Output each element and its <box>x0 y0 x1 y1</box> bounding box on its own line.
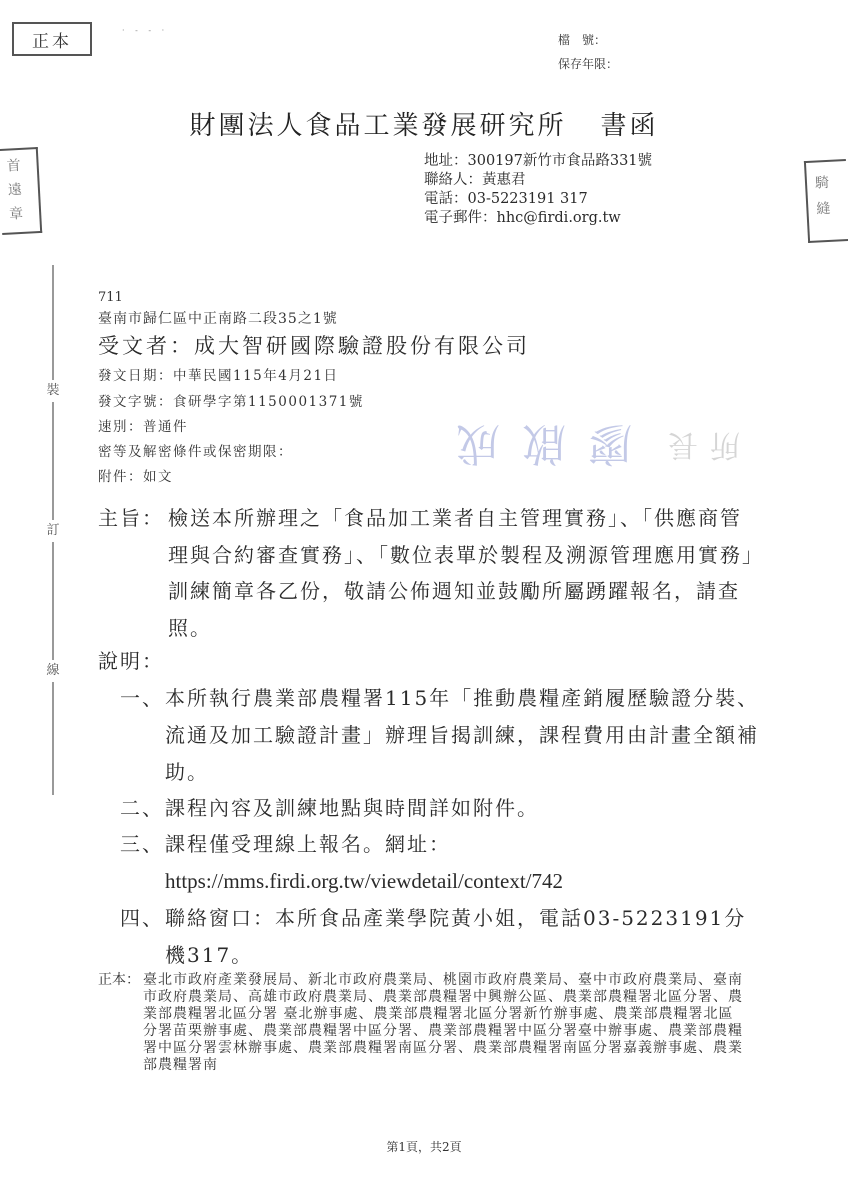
explanation-item-3: 三、 課程僅受理線上報名。網址： https://mms.firdi.org.t… <box>120 826 760 900</box>
retention-label: 保存年限： <box>558 52 622 76</box>
item-text: 課程僅受理線上報名。網址： <box>165 826 760 863</box>
sender-address: 地址：300197新竹市食品路331號 <box>424 152 652 171</box>
sender-email: 電子郵件：hhc@firdi.org.tw <box>424 209 652 228</box>
sender-phone: 電話：03-5223191 317 <box>424 190 652 209</box>
attachment: 附件：如文 <box>98 465 173 485</box>
sender-info: 地址：300197新竹市食品路331號 聯絡人：黃惠君 電話：03-522319… <box>424 152 652 228</box>
scan-artifact: · - - · <box>122 26 168 35</box>
confidentiality: 密等及解密條件或保密期限： <box>98 440 293 460</box>
item-text: 課程內容及訓練地點與時間詳如附件。 <box>165 790 760 827</box>
issue-date: 發文日期：中華民國115年4月21日 <box>98 364 339 384</box>
sender-contact: 聯絡人：黃惠君 <box>424 171 652 190</box>
copy-type-label: 正本 <box>32 27 72 52</box>
subject-text: 檢送本所辦理之「食品加工業者自主管理實務」、「供應商管理與合約審查實務」、「數位… <box>168 500 758 646</box>
recipient-zip: 711 <box>98 290 123 305</box>
explanation-item-4: 四、 聯絡窗口：本所食品產業學院黃小姐，電話03-5223191分機317。 <box>120 900 760 974</box>
right-stamp-char: 騎 <box>814 170 829 197</box>
binding-char-ding: 訂 <box>42 520 64 542</box>
document-title: 財團法人食品工業發展研究所書函 <box>0 105 848 142</box>
item-number: 三、 <box>120 826 164 863</box>
file-number-label: 檔 號： <box>558 28 622 52</box>
right-stamp-char: 縫 <box>816 196 831 223</box>
signature-name: 廖啟成 <box>434 416 632 480</box>
copies-text: 臺北市政府產業發展局、新北市政府農業局、桃園市政府農業局、臺中市政府農業局、臺南… <box>143 972 748 1074</box>
binding-char-xian: 線 <box>42 660 64 682</box>
left-stamp-char: 遠 <box>7 178 22 203</box>
file-meta: 檔 號： 保存年限： <box>558 28 622 76</box>
recipient-name: 受文者：成大智研國際驗證股份有限公司 <box>98 330 530 360</box>
title-doc-type: 書函 <box>601 111 659 141</box>
delivery-speed: 速別：普通件 <box>98 415 188 435</box>
item-text: 本所執行農業部農糧署115年「推動農糧產銷履歷驗證分裝、流通及加工驗證計畫」辦理… <box>165 680 760 791</box>
recipient-address: 臺南市歸仁區中正南路二段35之1號 <box>98 308 338 328</box>
title-organization: 財團法人食品工業發展研究所 <box>189 111 566 141</box>
subject-section: 主旨： 檢送本所辦理之「食品加工業者自主管理實務」、「供應商管理與合約審查實務」… <box>98 500 758 646</box>
subject-label: 主旨： <box>98 500 164 537</box>
signature-title: 所長 <box>656 426 740 470</box>
page-indicator: 第1頁，共2頁 <box>0 1138 848 1155</box>
doc-number: 發文字號：食研學字第1150001371號 <box>98 390 364 410</box>
item-number: 二、 <box>120 790 164 827</box>
explanation-item-2: 二、 課程內容及訓練地點與時間詳如附件。 <box>120 790 760 827</box>
item-number: 四、 <box>120 900 164 937</box>
left-stamp-char: 章 <box>9 202 24 227</box>
right-margin-seam-stamp: 騎 縫 <box>804 159 848 243</box>
left-margin-stamp: 首 遠 章 <box>0 147 42 235</box>
item-number: 一、 <box>120 680 164 717</box>
director-signature-stamp: 所長 廖啟成 <box>330 415 740 481</box>
explanation-item-1: 一、 本所執行農業部農糧署115年「推動農糧產銷履歷驗證分裝、流通及加工驗證計畫… <box>120 680 760 791</box>
binding-char-zhuang: 裝 <box>42 380 64 402</box>
explanation-label: 說明： <box>98 645 164 674</box>
item-text: 聯絡窗口：本所食品產業學院黃小姐，電話03-5223191分機317。 <box>165 900 760 974</box>
copies-label: 正本： <box>98 972 140 989</box>
copies-section: 正本： 臺北市政府產業發展局、新北市政府農業局、桃園市政府農業局、臺中市政府農業… <box>98 972 748 1074</box>
copy-type-stamp: 正本 <box>12 22 92 56</box>
registration-url-link[interactable]: https://mms.firdi.org.tw/viewdetail/cont… <box>165 863 760 900</box>
left-stamp-char: 首 <box>6 154 21 179</box>
